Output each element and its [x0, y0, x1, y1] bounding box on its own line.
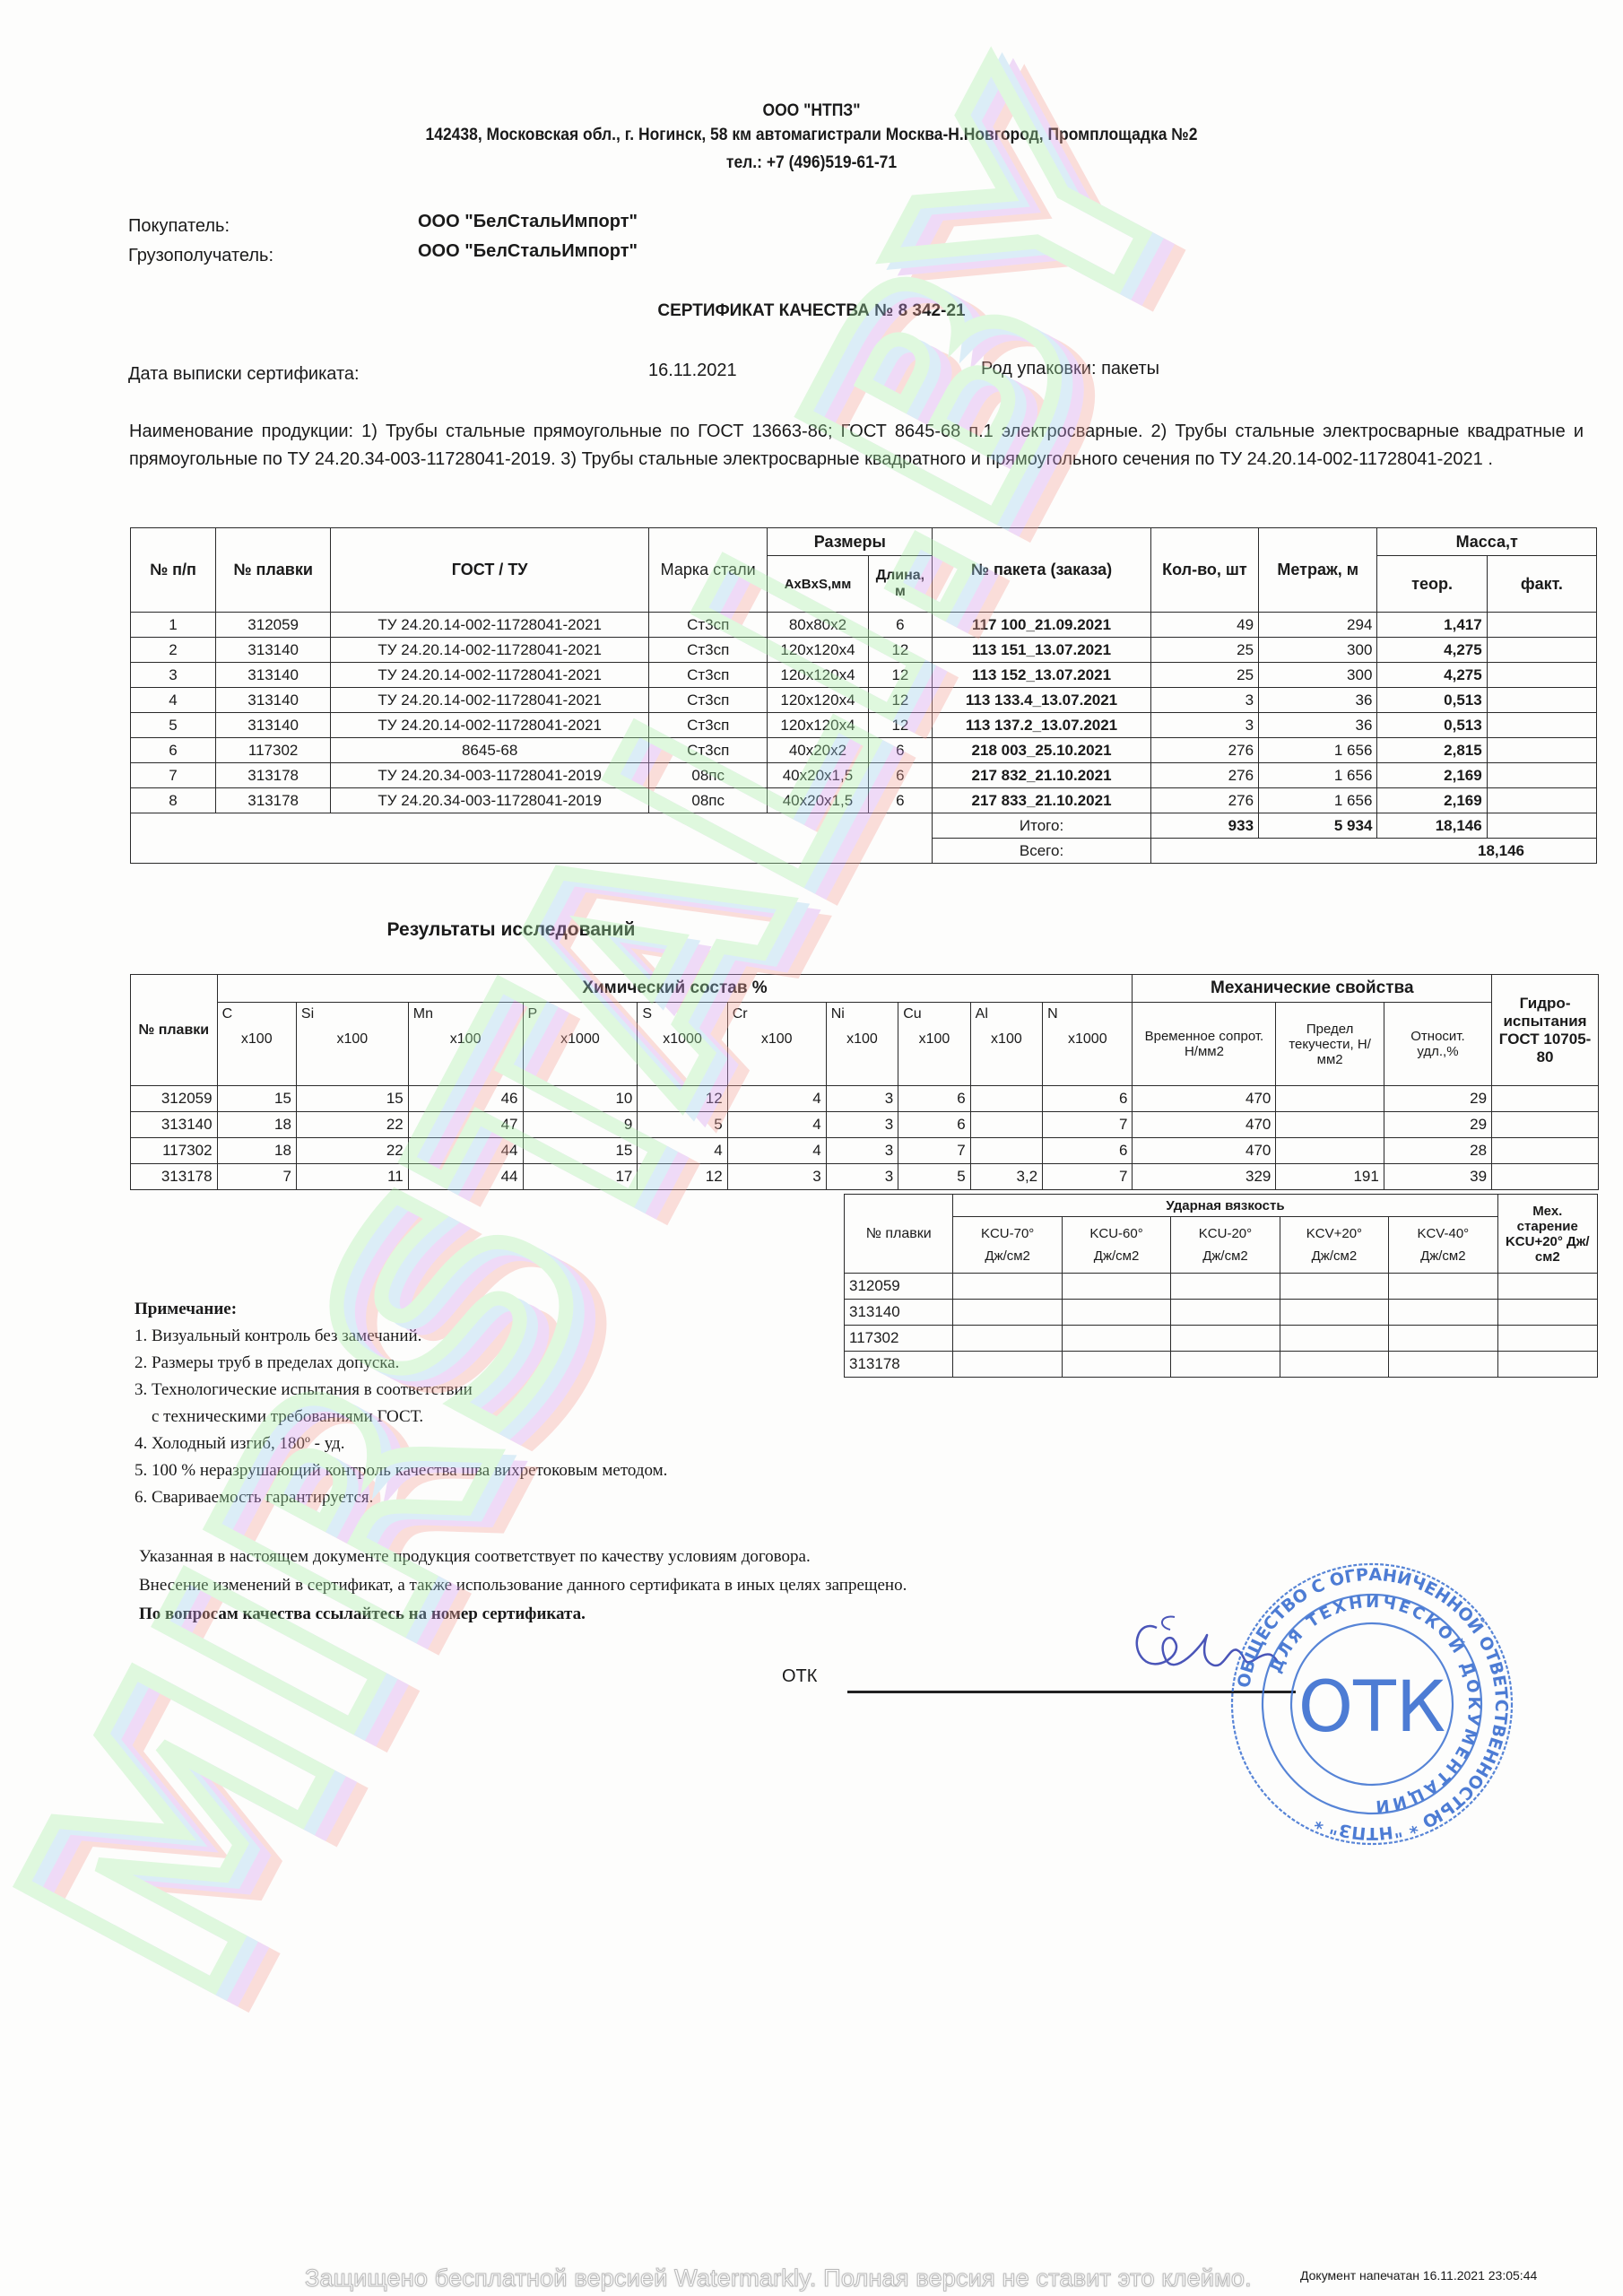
cell-meters: 1 656	[1259, 788, 1377, 813]
table-row: 7313178ТУ 24.20.34-003-11728041-201908пс…	[131, 763, 1597, 788]
cell-mech	[1276, 1112, 1384, 1138]
cell-chem: 3	[826, 1138, 898, 1164]
cell-impact	[1280, 1274, 1388, 1300]
cell-meters: 300	[1259, 663, 1377, 688]
note-item: 6. Свариваемость гарантируется.	[135, 1484, 667, 1511]
cell-mech: 470	[1133, 1086, 1276, 1112]
cell-package: 218 003_25.10.2021	[933, 738, 1151, 763]
cell-num: 5	[131, 713, 216, 738]
cell-hydro	[1492, 1164, 1599, 1190]
note-item: 4. Холодный изгиб, 180º - уд.	[135, 1431, 667, 1457]
cell-mech: 470	[1133, 1112, 1276, 1138]
company-address: 142438, Московская обл., г. Ногинск, 58 …	[65, 126, 1558, 145]
otk-stamp-icon: ОБЩЕСТВО С ОГРАНИЧЕННОЙ ОТВЕТСТВЕННОСТЬЮ…	[1228, 1561, 1515, 1848]
cell-impact	[1389, 1326, 1497, 1352]
cell-chem: 4	[638, 1138, 727, 1164]
chem-title: Химический состав %	[217, 975, 1133, 1003]
cell-chem: 4	[727, 1112, 826, 1138]
cell-package: 217 833_21.10.2021	[933, 788, 1151, 813]
cell-heat: 312059	[215, 613, 330, 638]
cell-qty: 3	[1150, 713, 1258, 738]
cell-meters: 36	[1259, 688, 1377, 713]
impact-col: KCV+20°Дж/см2	[1280, 1217, 1388, 1274]
cell-heat: 117302	[845, 1326, 953, 1352]
cell-chem: 6	[1043, 1086, 1133, 1112]
cell-chem: 4	[727, 1138, 826, 1164]
cell-mass-theor: 2,815	[1377, 738, 1487, 763]
cell-grade: Ст3сп	[649, 638, 768, 663]
cell-mass-fact	[1487, 663, 1596, 688]
mech-title: Механические свойства	[1133, 975, 1492, 1003]
element-multiplier: x100	[976, 1031, 1037, 1048]
footer-text: Указанная в настоящем документе продукци…	[139, 1543, 907, 1629]
cell-grade: Ст3сп	[649, 613, 768, 638]
cell-grade: Ст3сп	[649, 738, 768, 763]
cell-num: 8	[131, 788, 216, 813]
impact-col: KCU-20°Дж/см2	[1171, 1217, 1280, 1274]
table-row: 2313140ТУ 24.20.14-002-11728041-2021Ст3с…	[131, 638, 1597, 663]
cell-mass-fact	[1487, 613, 1596, 638]
cell-heat: 313140	[215, 638, 330, 663]
cell-num: 6	[131, 738, 216, 763]
svg-text:ОТК: ОТК	[1298, 1667, 1445, 1748]
cell-heat: 313178	[215, 763, 330, 788]
cell-num: 4	[131, 688, 216, 713]
element-multiplier: x1000	[1047, 1031, 1127, 1048]
cell-chem: 17	[523, 1164, 638, 1190]
table-row: 3120591515461012436647029	[131, 1086, 1599, 1112]
table-row: 313178	[845, 1352, 1598, 1378]
cell-mass-theor: 2,169	[1377, 763, 1487, 788]
cell-chem: 11	[296, 1164, 408, 1190]
cell-mass-theor: 2,169	[1377, 788, 1487, 813]
cell-impact	[1062, 1274, 1170, 1300]
element-symbol: P	[528, 1006, 633, 1022]
cell-heat: 313178	[215, 788, 330, 813]
cell-heat: 313178	[131, 1164, 218, 1190]
chem-col-cr: Crx100	[727, 1003, 826, 1086]
cell-chem: 46	[408, 1086, 523, 1112]
cell-heat: 313178	[845, 1352, 953, 1378]
cell-impact	[953, 1352, 1062, 1378]
cell-impact	[1171, 1300, 1280, 1326]
cell-length: 6	[868, 738, 933, 763]
chem-col-cu: Cux100	[898, 1003, 970, 1086]
cell-standard: 8645-68	[331, 738, 649, 763]
subtotal-fact	[1487, 813, 1596, 839]
cell-package: 117 100_21.09.2021	[933, 613, 1151, 638]
impact-unit: Дж/см2	[1067, 1248, 1166, 1264]
cell-heat: 312059	[131, 1086, 218, 1112]
cell-impact	[1497, 1300, 1597, 1326]
impact-name: KCU-20°	[1176, 1226, 1274, 1241]
cell-impact	[1171, 1326, 1280, 1352]
cell-impact	[1389, 1300, 1497, 1326]
cell-impact	[953, 1326, 1062, 1352]
cell-chem: 7	[1043, 1112, 1133, 1138]
cell-meters: 1 656	[1259, 763, 1377, 788]
aging-title: Мех. старение KCU+20° Дж/см2	[1497, 1195, 1597, 1274]
col-num: № п/п	[131, 528, 216, 613]
cell-mass-fact	[1487, 763, 1596, 788]
certificate-title: СЕРТИФИКАТ КАЧЕСТВА № 8 342-21	[0, 301, 1623, 321]
cell-mass-theor: 1,417	[1377, 613, 1487, 638]
col-sizes: Размеры	[768, 528, 933, 556]
cell-impact	[1171, 1352, 1280, 1378]
cell-mass-fact	[1487, 713, 1596, 738]
col-mass-theor: теор.	[1377, 556, 1487, 613]
cell-dims: 40x20x2	[768, 738, 868, 763]
mech-col: Предел текучести, Н/мм2	[1276, 1003, 1384, 1086]
cell-dims: 40x20x1,5	[768, 763, 868, 788]
chem-col-s: Sx1000	[638, 1003, 727, 1086]
cell-impact	[1497, 1274, 1597, 1300]
impact-title: Ударная вязкость	[953, 1195, 1497, 1217]
footer-line-3: По вопросам качества ссылайтесь на номер…	[139, 1600, 907, 1629]
total-label: Всего:	[933, 839, 1151, 864]
cell-meters: 1 656	[1259, 738, 1377, 763]
cell-chem: 9	[523, 1112, 638, 1138]
cell-hydro	[1492, 1112, 1599, 1138]
cell-qty: 25	[1150, 638, 1258, 663]
cell-chem: 12	[638, 1164, 727, 1190]
cell-mass-theor: 0,513	[1377, 713, 1487, 738]
cell-meters: 36	[1259, 713, 1377, 738]
date-label: Дата выписки сертификата:	[128, 364, 360, 385]
cell-impact	[1062, 1300, 1170, 1326]
cell-impact	[1389, 1352, 1497, 1378]
cell-chem	[970, 1086, 1042, 1112]
chem-col-c: Cx100	[217, 1003, 296, 1086]
cell-grade: Ст3сп	[649, 688, 768, 713]
chem-col-n: Nx1000	[1043, 1003, 1133, 1086]
element-multiplier: x1000	[528, 1031, 633, 1048]
cell-standard: ТУ 24.20.14-002-11728041-2021	[331, 713, 649, 738]
cell-dims: 40x20x1,5	[768, 788, 868, 813]
cell-num: 7	[131, 763, 216, 788]
cell-package: 113 137.2_13.07.2021	[933, 713, 1151, 738]
chem-col-al: Alx100	[970, 1003, 1042, 1086]
cell-dims: 120x120x4	[768, 713, 868, 738]
impact-table: № плавки Ударная вязкость Мех. старение …	[844, 1194, 1598, 1378]
cell-chem: 44	[408, 1164, 523, 1190]
cell-chem: 10	[523, 1086, 638, 1112]
cell-dims: 80x80x2	[768, 613, 868, 638]
element-symbol: Cr	[733, 1006, 821, 1022]
cell-chem: 44	[408, 1138, 523, 1164]
cell-heat: 117302	[131, 1138, 218, 1164]
table-row: 61173028645-68Ст3сп40x20x26218 003_25.10…	[131, 738, 1597, 763]
consignee-label: Грузополучатель:	[128, 246, 273, 266]
element-symbol: Cu	[903, 1006, 965, 1022]
element-symbol: Mn	[413, 1006, 518, 1022]
cell-chem: 18	[217, 1112, 296, 1138]
cell-mech: 329	[1133, 1164, 1276, 1190]
cell-meters: 300	[1259, 638, 1377, 663]
table-row: 4313140ТУ 24.20.14-002-11728041-2021Ст3с…	[131, 688, 1597, 713]
cell-heat: 312059	[845, 1274, 953, 1300]
element-symbol: Si	[301, 1006, 404, 1022]
cell-qty: 3	[1150, 688, 1258, 713]
impact-unit: Дж/см2	[958, 1248, 1056, 1264]
cell-qty: 276	[1150, 738, 1258, 763]
col-mass-fact: факт.	[1487, 556, 1596, 613]
cell-grade: 08пс	[649, 763, 768, 788]
cell-standard: ТУ 24.20.34-003-11728041-2019	[331, 763, 649, 788]
note-item: 2. Размеры труб в пределах допуска.	[135, 1350, 667, 1377]
cell-chem: 7	[1043, 1164, 1133, 1190]
element-multiplier: x1000	[642, 1031, 722, 1048]
element-multiplier: x100	[222, 1031, 291, 1048]
impact-col-heat: № плавки	[845, 1195, 953, 1274]
cell-mech	[1276, 1086, 1384, 1112]
footer-line-1: Указанная в настоящем документе продукци…	[139, 1543, 907, 1571]
cell-chem: 12	[638, 1086, 727, 1112]
element-symbol: S	[642, 1006, 722, 1022]
col-meters: Метраж, м	[1259, 528, 1377, 613]
element-symbol: Ni	[831, 1006, 893, 1022]
cell-package: 113 151_13.07.2021	[933, 638, 1151, 663]
cell-num: 2	[131, 638, 216, 663]
cell-grade: Ст3сп	[649, 663, 768, 688]
hydro-title: Гидро- испытания ГОСТ 10705-80	[1492, 975, 1599, 1086]
impact-unit: Дж/см2	[1393, 1248, 1492, 1264]
cell-chem	[970, 1112, 1042, 1138]
cell-chem: 6	[898, 1112, 970, 1138]
subtotal-meters: 5 934	[1259, 813, 1377, 839]
chem-col-p: Px1000	[523, 1003, 638, 1086]
col-grade: Марка стали	[649, 528, 768, 613]
buyer-label: Покупатель:	[128, 216, 230, 237]
subtotal-qty: 933	[1150, 813, 1258, 839]
col-length: Длина, м	[868, 556, 933, 613]
element-symbol: N	[1047, 1006, 1127, 1022]
cell-standard: ТУ 24.20.14-002-11728041-2021	[331, 663, 649, 688]
cell-chem: 3,2	[970, 1164, 1042, 1190]
subtotal-label: Итого:	[933, 813, 1151, 839]
col-qty: Кол-во, шт	[1150, 528, 1258, 613]
table-row: 3313140ТУ 24.20.14-002-11728041-2021Ст3с…	[131, 663, 1597, 688]
cell-mass-fact	[1487, 638, 1596, 663]
cell-mass-fact	[1487, 738, 1596, 763]
cell-impact	[1497, 1352, 1597, 1378]
cell-mass-fact	[1487, 688, 1596, 713]
cell-standard: ТУ 24.20.14-002-11728041-2021	[331, 638, 649, 663]
cell-heat: 313140	[131, 1112, 218, 1138]
cell-heat: 117302	[215, 738, 330, 763]
cell-impact	[953, 1300, 1062, 1326]
total-mass: 18,146	[1150, 839, 1596, 864]
note-item: с техническими требованиями ГОСТ.	[135, 1404, 667, 1431]
packing-info: Род упаковки: пакеты	[981, 359, 1159, 379]
col-package: № пакета (заказа)	[933, 528, 1151, 613]
cell-chem: 3	[826, 1112, 898, 1138]
element-multiplier: x100	[903, 1031, 965, 1048]
impact-name: KCV+20°	[1285, 1226, 1384, 1241]
cell-dims: 120x120x4	[768, 688, 868, 713]
table-row: 31314018224795436747029	[131, 1112, 1599, 1138]
subtotal-mass: 18,146	[1377, 813, 1487, 839]
impact-col: KCU-70°Дж/см2	[953, 1217, 1062, 1274]
cell-package: 217 832_21.10.2021	[933, 763, 1151, 788]
printed-timestamp: Документ напечатан 16.11.2021 23:05:44	[1300, 2268, 1537, 2283]
cell-length: 6	[868, 788, 933, 813]
cell-mech: 470	[1133, 1138, 1276, 1164]
cell-chem: 5	[898, 1164, 970, 1190]
results-title: Результаты исследований	[0, 919, 1022, 941]
cell-impact	[1171, 1274, 1280, 1300]
cell-chem: 4	[727, 1086, 826, 1112]
element-multiplier: x100	[413, 1031, 518, 1048]
cell-chem: 3	[826, 1164, 898, 1190]
notes: Примечание: 1. Визуальный контроль без з…	[135, 1296, 667, 1511]
impact-unit: Дж/см2	[1285, 1248, 1384, 1264]
buyer-value: ООО "БелСтальИмпорт"	[418, 212, 638, 232]
cell-chem: 3	[727, 1164, 826, 1190]
cell-hydro	[1492, 1086, 1599, 1112]
cell-package: 113 133.4_13.07.2021	[933, 688, 1151, 713]
impact-name: KCU-60°	[1067, 1226, 1166, 1241]
table-row: 117302	[845, 1326, 1598, 1352]
impact-unit: Дж/см2	[1176, 1248, 1274, 1264]
cell-impact	[1280, 1352, 1388, 1378]
col-mass: Масса,т	[1377, 528, 1597, 556]
element-multiplier: x100	[301, 1031, 404, 1048]
impact-name: KCU-70°	[958, 1226, 1056, 1241]
chem-col-si: Six100	[296, 1003, 408, 1086]
cell-heat: 313140	[215, 713, 330, 738]
note-item: 1. Визуальный контроль без замечаний.	[135, 1323, 667, 1350]
cell-qty: 49	[1150, 613, 1258, 638]
cell-qty: 25	[1150, 663, 1258, 688]
otk-label: ОТК	[782, 1666, 817, 1687]
cell-meters: 294	[1259, 613, 1377, 638]
chem-col-mn: Mnx100	[408, 1003, 523, 1086]
cell-heat: 313140	[845, 1300, 953, 1326]
cell-chem: 15	[296, 1086, 408, 1112]
chem-col-ni: Nix100	[826, 1003, 898, 1086]
cell-impact	[1280, 1300, 1388, 1326]
cell-package: 113 152_13.07.2021	[933, 663, 1151, 688]
cell-mech	[1276, 1138, 1384, 1164]
cell-dims: 120x120x4	[768, 663, 868, 688]
element-symbol: Al	[976, 1006, 1037, 1022]
totals-blank	[131, 813, 933, 864]
table-row: 3131787114417123353,2732919139	[131, 1164, 1599, 1190]
cell-heat: 313140	[215, 688, 330, 713]
cell-impact	[1062, 1326, 1170, 1352]
cell-chem: 22	[296, 1138, 408, 1164]
cell-chem	[970, 1138, 1042, 1164]
results-col-heat: № плавки	[131, 975, 218, 1086]
watermark-notice: Защищено бесплатной версией Watermarkly.…	[305, 2265, 1252, 2292]
notes-title: Примечание:	[135, 1296, 667, 1323]
cell-length: 6	[868, 613, 933, 638]
company-name: ООО "НТПЗ"	[65, 101, 1558, 121]
impact-col: KCU-60°Дж/см2	[1062, 1217, 1170, 1274]
cell-mech: 29	[1384, 1086, 1491, 1112]
shipment-table: № п/п № плавки ГОСТ / ТУ Марка стали Раз…	[130, 527, 1597, 864]
cell-impact	[953, 1274, 1062, 1300]
cell-grade: 08пс	[649, 788, 768, 813]
table-row: 313140	[845, 1300, 1598, 1326]
cell-mass-theor: 0,513	[1377, 688, 1487, 713]
table-row: 8313178ТУ 24.20.34-003-11728041-201908пс…	[131, 788, 1597, 813]
element-multiplier: x100	[733, 1031, 821, 1048]
impact-name: KCV-40°	[1393, 1226, 1492, 1241]
product-description: Наименование продукции: 1) Трубы стальны…	[129, 418, 1584, 474]
col-standard: ГОСТ / ТУ	[331, 528, 649, 613]
cell-chem: 15	[523, 1138, 638, 1164]
cell-chem: 18	[217, 1138, 296, 1164]
cell-mass-fact	[1487, 788, 1596, 813]
cell-length: 12	[868, 663, 933, 688]
cell-length: 6	[868, 763, 933, 788]
col-heat: № плавки	[215, 528, 330, 613]
certificate-date: 16.11.2021	[648, 361, 737, 381]
note-item: 5. 100 % неразрушающий контроль качества…	[135, 1457, 667, 1484]
mech-col: Относит. удл.,%	[1384, 1003, 1491, 1086]
cell-num: 3	[131, 663, 216, 688]
cell-mass-theor: 4,275	[1377, 638, 1487, 663]
cell-dims: 120x120x4	[768, 638, 868, 663]
cell-qty: 276	[1150, 788, 1258, 813]
cell-length: 12	[868, 688, 933, 713]
table-row: 312059	[845, 1274, 1598, 1300]
cell-chem: 15	[217, 1086, 296, 1112]
cell-chem: 22	[296, 1112, 408, 1138]
cell-chem: 7	[898, 1138, 970, 1164]
cell-chem: 6	[898, 1086, 970, 1112]
results-table: № плавки Химический состав % Механически…	[130, 974, 1599, 1190]
company-phone: тел.: +7 (496)519-61-71	[65, 153, 1558, 173]
cell-chem: 5	[638, 1112, 727, 1138]
footer-line-2: Внесение изменений в сертификат, а также…	[139, 1571, 907, 1600]
packing-label: Род упаковки:	[981, 359, 1097, 378]
cell-grade: Ст3сп	[649, 713, 768, 738]
cell-mass-theor: 4,275	[1377, 663, 1487, 688]
cell-standard: ТУ 24.20.34-003-11728041-2019	[331, 788, 649, 813]
mech-col: Временное сопрот. Н/мм2	[1133, 1003, 1276, 1086]
note-item: 3. Технологические испытания в соответст…	[135, 1377, 667, 1404]
cell-impact	[1389, 1274, 1497, 1300]
table-row: 1312059ТУ 24.20.14-002-11728041-2021Ст3с…	[131, 613, 1597, 638]
table-row: 117302182244154437647028	[131, 1138, 1599, 1164]
cell-hydro	[1492, 1138, 1599, 1164]
cell-chem: 3	[826, 1086, 898, 1112]
cell-mech: 191	[1276, 1164, 1384, 1190]
cell-heat: 313140	[215, 663, 330, 688]
cell-length: 12	[868, 638, 933, 663]
cell-num: 1	[131, 613, 216, 638]
cell-mech: 28	[1384, 1138, 1491, 1164]
cell-qty: 276	[1150, 763, 1258, 788]
packing-value: пакеты	[1101, 359, 1159, 378]
consignee-value: ООО "БелСтальИмпорт"	[418, 241, 638, 262]
impact-col: KCV-40°Дж/см2	[1389, 1217, 1497, 1274]
cell-length: 12	[868, 713, 933, 738]
table-row: 5313140ТУ 24.20.14-002-11728041-2021Ст3с…	[131, 713, 1597, 738]
cell-standard: ТУ 24.20.14-002-11728041-2021	[331, 613, 649, 638]
cell-impact	[1280, 1326, 1388, 1352]
cell-mech: 29	[1384, 1112, 1491, 1138]
cell-mech: 39	[1384, 1164, 1491, 1190]
cell-chem: 7	[217, 1164, 296, 1190]
element-symbol: C	[222, 1006, 291, 1022]
cell-standard: ТУ 24.20.14-002-11728041-2021	[331, 688, 649, 713]
cell-chem: 6	[1043, 1138, 1133, 1164]
element-multiplier: x100	[831, 1031, 893, 1048]
